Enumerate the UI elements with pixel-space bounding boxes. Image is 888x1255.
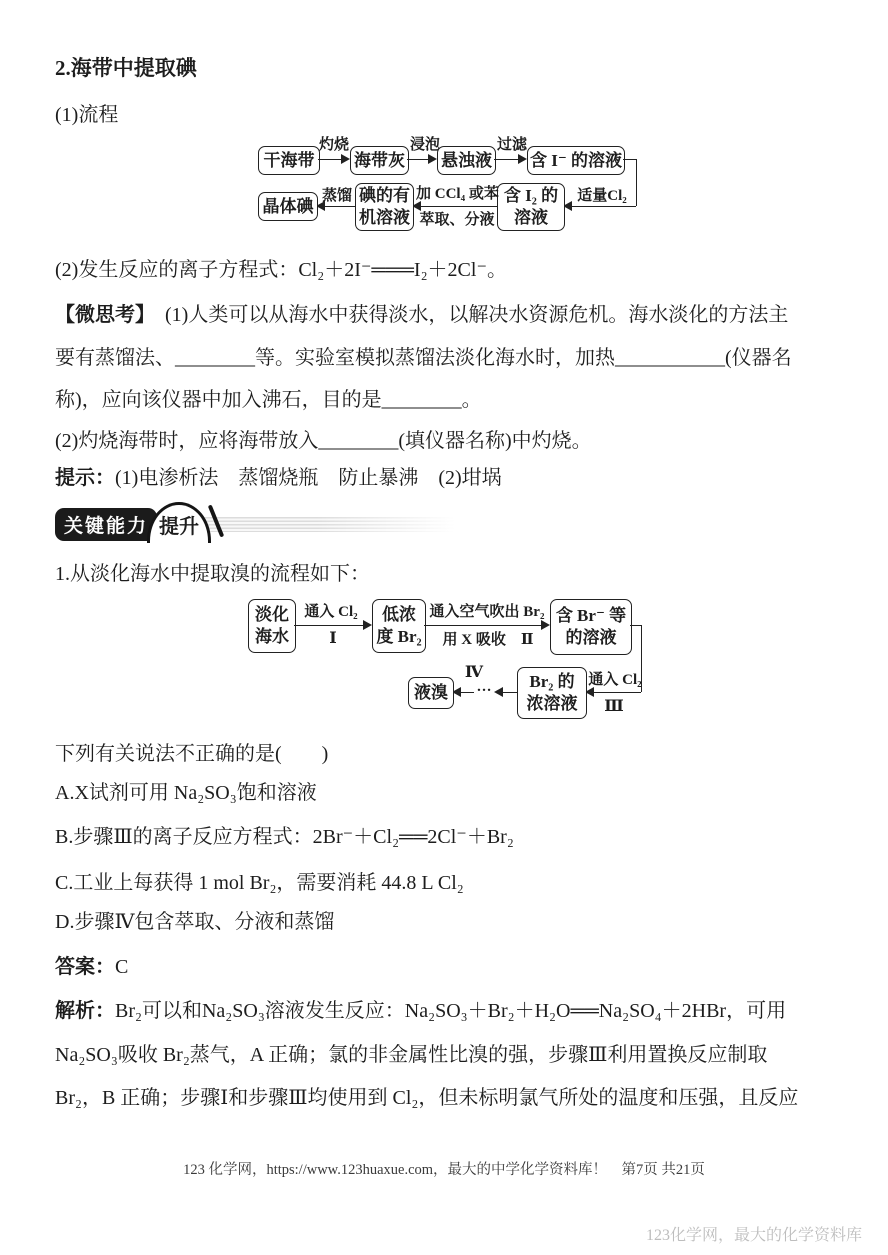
arrowhead-right-icon (518, 154, 527, 164)
flow-arrow-line (407, 159, 428, 160)
flow-box-dry-kelp: 干海带 (258, 146, 320, 175)
flow-arrow-line (461, 692, 474, 693)
flow-box-suspension: 悬浊液 (437, 146, 496, 175)
hint-line: 提示：(1)电渗析法 蒸馏烧瓶 防止暴沸 (2)坩埚 (55, 461, 502, 490)
flowchart-bromine: 淡化海水 通入 Cl₂ Ⅰ 低浓度 Br₂ 通入空气吹出 Br₂ 用 X 吸收 … (240, 597, 660, 727)
flow-arrow-line (424, 625, 541, 626)
section-title: 2.海带中提取碘 (55, 52, 197, 82)
micro-think-line-3: 称)，应向该仪器中加入沸石，目的是________。 (55, 383, 482, 412)
flow-box-i2-solution: 含 I₂ 的溶液 (497, 183, 565, 231)
arrow-label-cl2-in: 通入 Cl₂ (298, 600, 364, 621)
arrow-label-ccl4: 加 CCl₄ 或苯 (416, 182, 498, 203)
document-page: 2.海带中提取碘 (1)流程 干海带 灼烧 海带灰 浸泡 悬浊液 过滤 含 I⁻… (0, 0, 888, 1255)
flow-arrow-line (294, 625, 363, 626)
flow-arrow-line (325, 206, 355, 207)
arrow-label-air-blow: 通入空气吹出 Br₂ (427, 600, 547, 621)
answer-value: C (115, 956, 128, 978)
flow-box-br2-concentrate: Br₂ 的浓溶液 (517, 667, 587, 719)
flow-arrow-line (494, 159, 518, 160)
ionic-equation-line: (2)发生反应的离子方程式：Cl₂＋2I⁻═══I₂＋2Cl⁻。 (55, 253, 507, 282)
micro-think-line-2: 要有蒸馏法、________等。实验室模拟蒸馏法淡化海水时，加热________… (55, 341, 792, 370)
answer-line: 答案：C (55, 950, 128, 979)
arrow-label-filter: 过滤 (494, 133, 530, 154)
micro-think-line-4: (2)灼烧海带时，应将海带放入________(填仪器名称)中灼烧。 (55, 424, 592, 453)
flow-box-kelp-ash: 海带灰 (350, 146, 409, 175)
option-c: C.工业上每获得 1 mol Br₂，需要消耗 44.8 L Cl₂ (55, 866, 464, 895)
arrow-label-burn: 灼烧 (316, 133, 352, 154)
watermark: 123化学网，最大的化学资料库 (646, 1222, 862, 1245)
arrow-label-cl2-in-2: 通入 Cl₂ (587, 668, 643, 689)
flow-arrow-line (572, 206, 636, 207)
flow-box-iodide-solution: 含 I⁻ 的溶液 (527, 146, 625, 175)
flow-box-organic-solution: 碘的有机溶液 (355, 183, 414, 231)
micro-think-line-1: 【微思考】 (1)人类可以从海水中获得淡水，以解决水资源危机。海水淡化的方法主 (55, 298, 788, 327)
flow-arrow-line (503, 692, 517, 693)
flow-box-fresh-seawater: 淡化海水 (248, 599, 296, 653)
process-flow-label: (1)流程 (55, 98, 118, 127)
micro-think-label: 【微思考】 (55, 304, 145, 326)
question-stem: 下列有关说法不正确的是( ) (55, 737, 328, 766)
banner-arc: 提升 (147, 502, 211, 543)
question-1-intro: 1.从淡化海水中提取溴的流程如下： (55, 557, 370, 586)
arrow-label-extract: 萃取、分液 (418, 208, 496, 229)
flow-box-crystal-iodine: 晶体碘 (258, 192, 318, 221)
flow-connector (630, 625, 641, 626)
arrow-label-cl2: 适量Cl₂ (570, 184, 634, 205)
flow-connector (636, 159, 637, 206)
arrowhead-right-icon (428, 154, 437, 164)
flow-arrow-line (594, 692, 641, 693)
arrowhead-right-icon (341, 154, 350, 164)
arrowhead-left-icon (494, 687, 503, 697)
flow-box-low-br2: 低浓度 Br₂ (372, 599, 426, 653)
arrow-label-absorb: 用 X 吸收 Ⅱ (438, 628, 538, 649)
arrowhead-right-icon (541, 620, 550, 630)
option-a: A.X试剂可用 Na₂SO₃饱和溶液 (55, 776, 317, 805)
flow-arrow-line (318, 159, 341, 160)
option-d: D.步骤Ⅳ包含萃取、分液和蒸馏 (55, 905, 334, 934)
hint-label: 提示： (55, 467, 115, 489)
option-b: B.步骤Ⅲ的离子反应方程式：2Br⁻＋Cl₂══2Cl⁻＋Br₂ (55, 820, 514, 849)
step-label-4: Ⅳ (464, 662, 484, 682)
analysis-label: 解析： (55, 1000, 115, 1022)
step-label-1: Ⅰ (323, 628, 343, 648)
arrowhead-right-icon (363, 620, 372, 630)
flow-arrow-line (421, 206, 497, 207)
analysis-line-3: Br₂，B 正确；步骤Ⅰ和步骤Ⅲ均使用到 Cl₂，但未标明氯气所处的温度和压强，… (55, 1081, 798, 1110)
page-footer: 123 化学网，https://www.123huaxue.com，最大的中学化… (0, 1158, 888, 1179)
answer-label: 答案： (55, 956, 115, 978)
analysis-line-2: Na₂SO₃吸收 Br₂蒸气，A 正确；氯的非金属性比溴的强，步骤Ⅲ利用置换反应… (55, 1038, 767, 1067)
step-label-3: Ⅲ (604, 696, 624, 716)
flowchart-iodine: 干海带 灼烧 海带灰 浸泡 悬浊液 过滤 含 I⁻ 的溶液 适量Cl₂ 含 I₂… (240, 138, 660, 250)
analysis-line-1: 解析：Br₂可以和Na₂SO₃溶液发生反应：Na₂SO₃＋Br₂＋H₂O══Na… (55, 994, 786, 1023)
flow-box-liquid-bromine: 液溴 (408, 677, 454, 709)
flow-box-bromide-solution: 含 Br⁻ 等的溶液 (550, 599, 632, 655)
flow-connector (623, 159, 636, 160)
banner-dark-pill: 关键能力 (55, 508, 157, 541)
